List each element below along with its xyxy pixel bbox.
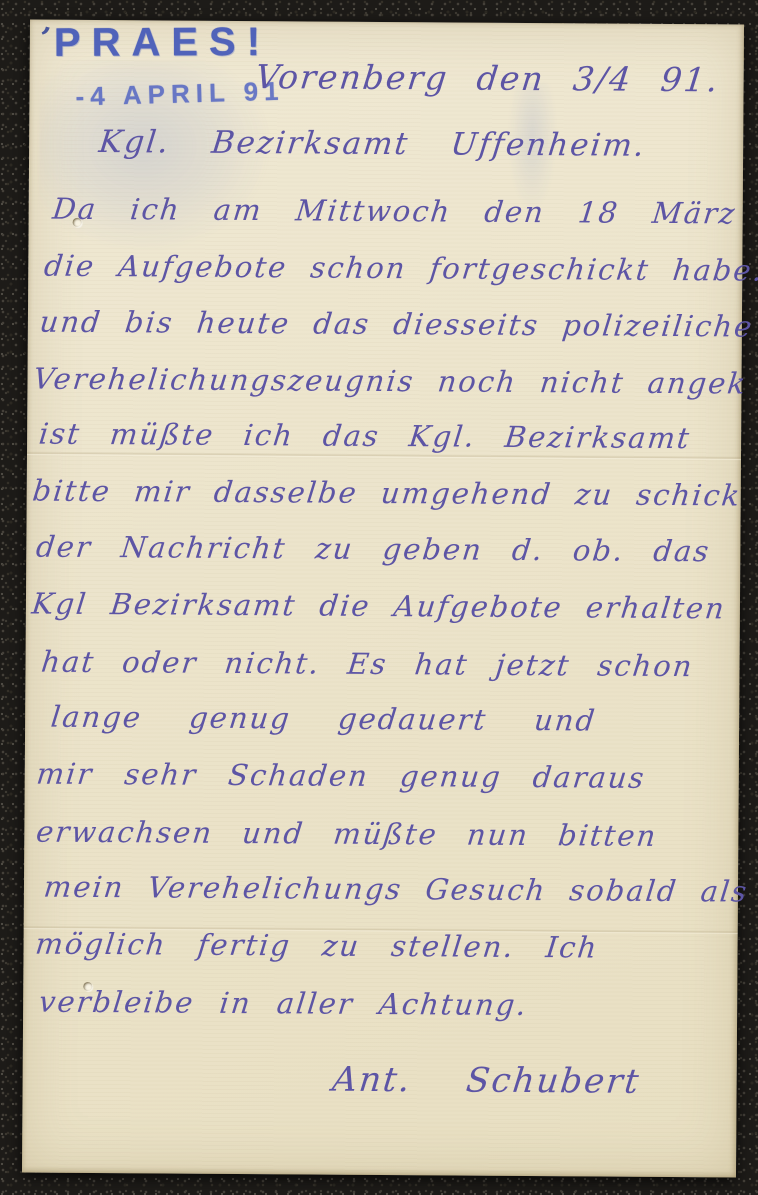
pinhole [83,982,92,991]
salutation-handwriting: Kgl. Bezirksamt Uffenheim. [97,124,648,164]
signature-handwriting: Ant. Schubert [330,1060,642,1102]
body-line: die Aufgebote schon fortgeschickt habe. [42,249,758,288]
body-line: Verehelichungszeugnis noch nicht angek [32,362,749,401]
letter-paper: ʼ PRAES! -4 APRIL 91 Vorenberg den 3/4 9… [22,20,744,1178]
scanned-letter-photo: ʼ PRAES! -4 APRIL 91 Vorenberg den 3/4 9… [0,0,758,1195]
praesentatum-stamp-line1: PRAES! [54,20,271,66]
body-line: und bis heute das diesseits polizeiliche [38,305,755,344]
pinhole [73,218,82,227]
body-line: lange genug gedauert und [49,700,598,738]
body-line: Da ich am Mittwoch den 18 März [51,192,739,231]
body-line: mein Verehelichungs Gesuch sobald als [42,870,750,909]
body-line: erwachsen und müßte nun bitten [34,815,659,853]
body-line: ist müßte ich das Kgl. Bezirksamt [37,417,693,456]
body-line: mir sehr Schaden genug daraus [35,757,648,795]
stray-ink-mark: ʼ [34,21,53,58]
body-line: hat oder nicht. Es hat jetzt schon [40,645,696,684]
body-line: verbleibe in aller Achtung. [37,985,529,1022]
body-line: bitte mir dasselbe umgehend zu schick [31,474,743,513]
body-line: der Nachricht zu geben d. ob. das [34,530,712,569]
body-line: Kgl Bezirksamt die Aufgebote erhalten [30,587,728,626]
dateline-handwriting: Vorenberg den 3/4 91. [253,57,721,99]
